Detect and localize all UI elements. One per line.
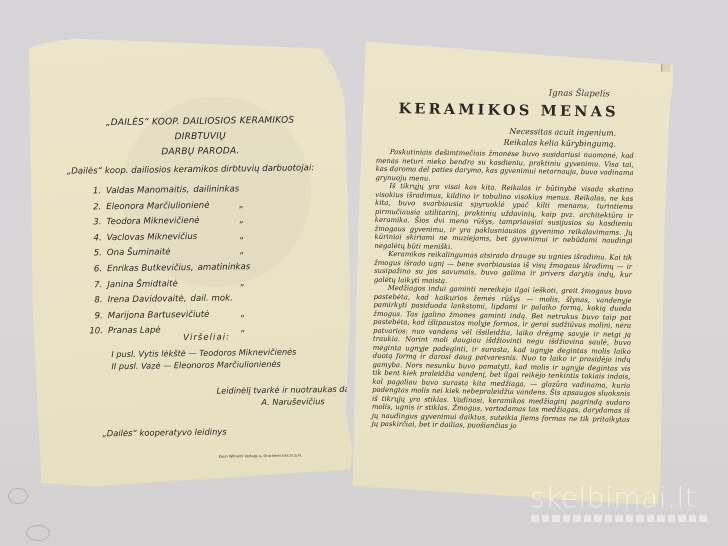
layout-credit: Leidinėlį tvarkė ir nuotraukas darė A. N… [208,383,358,409]
covers-heading: Viršeliai: [183,332,230,343]
pencil-mark [26,525,50,541]
staff-number: 7. [88,278,102,294]
article-author: Ignas Šlapelis [549,89,610,100]
ditto-mark: „ [239,198,244,214]
staff-number: 9. [89,309,103,325]
staff-name: Janina Šmidtaitė [107,277,178,294]
covers-list: I pusl. Vytis lėkštė — Teodoros Miknevič… [111,345,351,372]
staff-number: 4. [88,231,102,247]
publisher-line: „Dailės“ kooperatyvo leidinys [102,427,226,439]
epigraph: Necessitas acuit ingenium. Reikalas keli… [486,126,616,150]
tape-strip [450,45,540,48]
exhibition-title: „DAILĖS“ KOOP. DAILIOSIOS KERAMIKOS DIRB… [80,113,321,161]
ditto-mark: „ [241,323,246,339]
staff-name: Valdas Manomaitis, [106,183,190,200]
watermark-text: skelbimai.lt [530,484,710,512]
article-paragraph: Keramikos reikalingumas atsirado drauge … [374,250,633,288]
ditto-mark: „ [239,213,244,229]
site-watermark: skelbimai.lt [530,484,710,524]
staff-role: dailininkas [193,182,239,198]
article-body: Paskutiniais dešimtmečiais žmonėse buvo … [372,148,634,433]
staff-name: Eleonora Marčiulionienė [106,198,209,215]
staff-list: 1. Valdas Manomaitis, dailininkas 2. Ele… [87,181,329,340]
ditto-mark: „ [240,229,245,245]
printer-imprint: Kaun Wilhelm Verlags u. Druckerei Ges.m.… [219,453,302,458]
credit-name: A. Naruševičius [208,395,358,409]
article-paragraph: Iš tikrųjų yra visai kas kita. Reikalas … [374,182,633,254]
staff-number: 10. [89,325,103,341]
staff-name: Teodora Miknevičienė [106,214,199,231]
staff-number: 1. [87,184,101,200]
staff-name: Enrikas Butkevičius, [107,261,194,278]
cover-item: II pusl. Vazė — Eleonoros Marčiulionienė… [111,357,351,372]
staff-name: Vaclovas Miknevičius [107,230,198,247]
pencil-mark [8,488,28,504]
ditto-mark: „ [240,245,245,261]
staff-number: 2. [87,200,101,216]
ditto-mark: „ [240,276,245,292]
staff-number: 8. [88,293,102,309]
staff-role: dail. mok. [190,292,233,308]
staff-role: amatininkas [197,260,250,276]
watermark-bar [530,515,710,522]
article-paragraph: Paskutiniais dešimtmečiais žmonėse buvo … [375,148,634,186]
staff-number: 6. [88,262,102,278]
right-pamphlet-page: Ignas Šlapelis KERAMIKOS MENAS Necessita… [352,42,673,505]
article-title: KERAMIKOS MENAS [398,100,618,120]
ditto-mark: „ [241,307,246,323]
staff-name: Marijona Bartusevičiutė [108,307,210,324]
credit-line: Leidinėlį tvarkė ir nuotraukas darė [217,384,358,396]
exhibition-title-line-1: „DAILĖS“ KOOP. DAILIOSIOS KERAMIKOS DIRB… [80,113,320,146]
epigraph-lithuanian: Reikalas kelia kūrybingumą. [486,137,616,150]
staff-name: Pranas Lapė [108,324,161,340]
staff-number: 5. [88,247,102,263]
article-paragraph: Medžiagos indui gaminti nereikėjo ilgai … [372,284,632,433]
left-pamphlet-page: „DAILĖS“ KOOP. DAILIOSIOS KERAMIKOS DIRB… [29,35,353,487]
staff-name: Ona Šuminaitė [107,246,171,262]
staff-name: Irena Davidovaitė, [107,292,186,309]
folded-corner [661,59,670,71]
staff-number: 3. [87,215,101,231]
